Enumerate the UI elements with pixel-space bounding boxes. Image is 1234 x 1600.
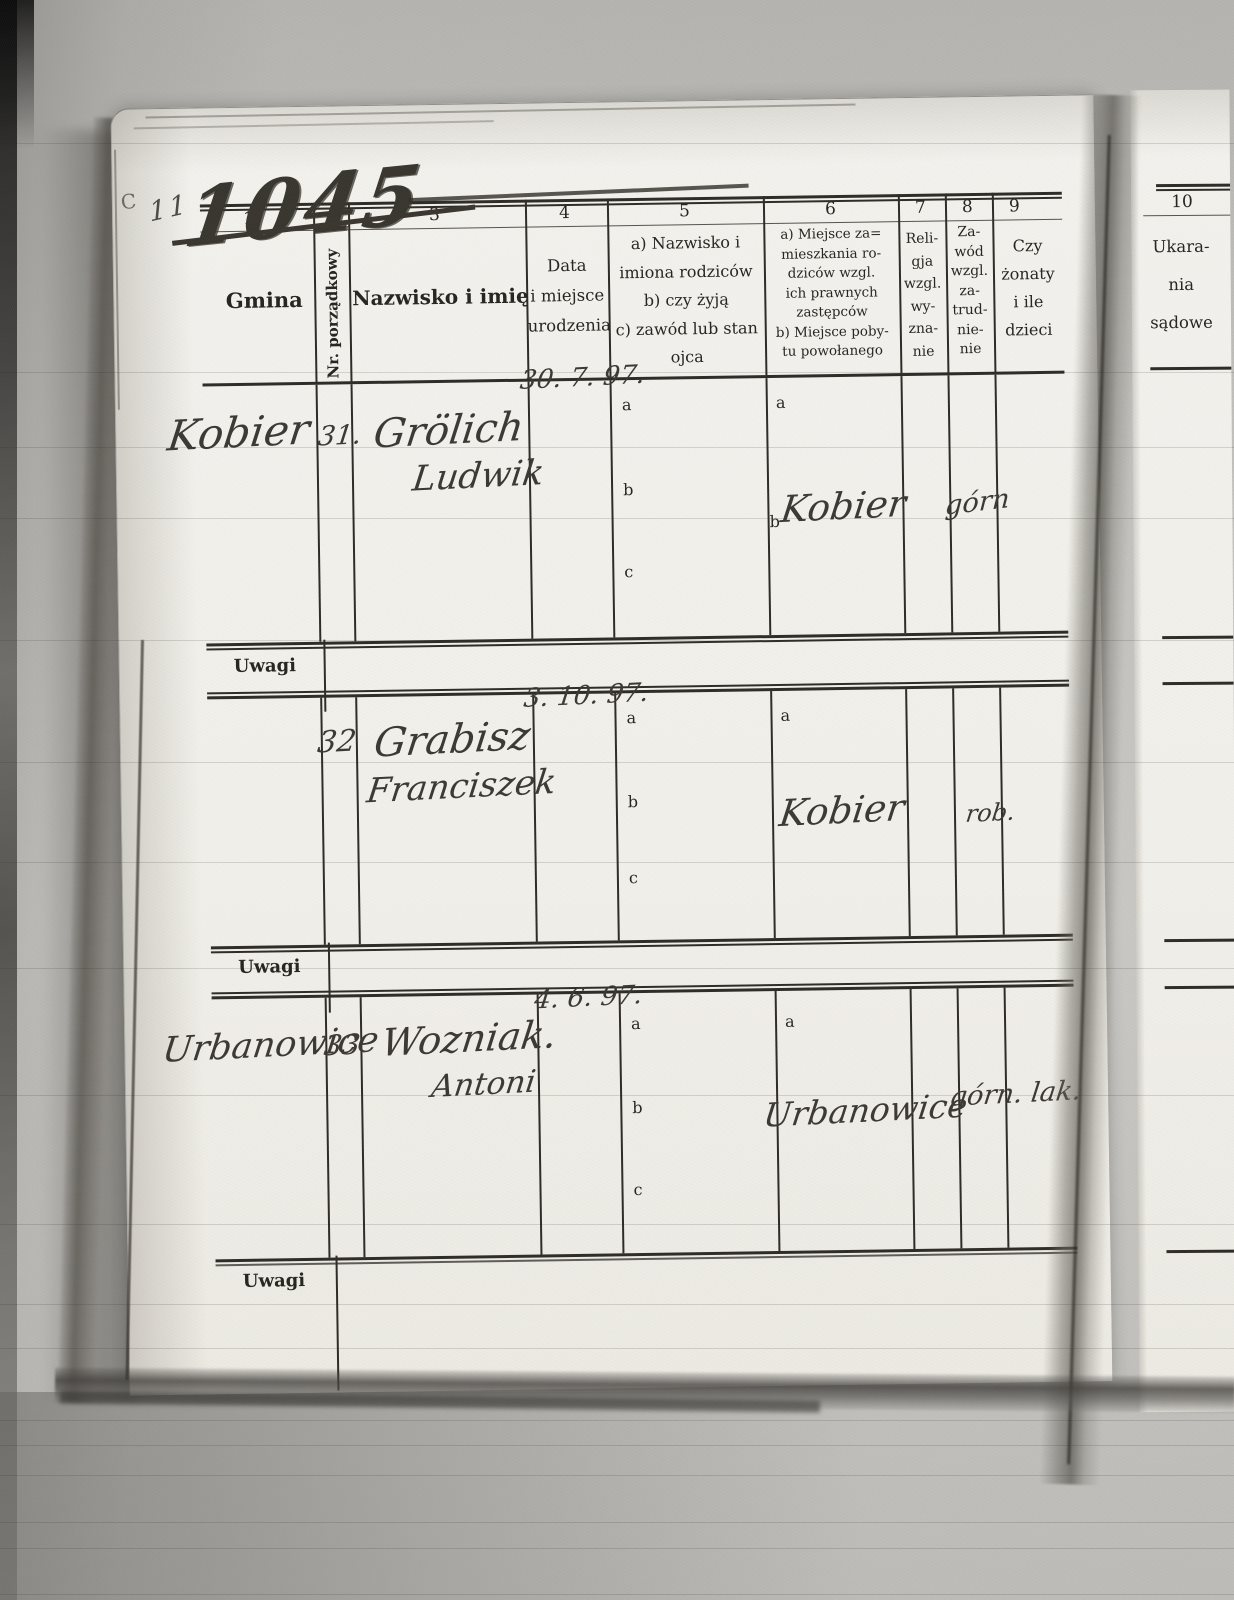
- marker-a: a: [626, 708, 636, 727]
- header-line: i ile: [993, 288, 1063, 317]
- uwagi-divider: [328, 943, 331, 1013]
- header-line: tu powołanego: [765, 341, 900, 363]
- column-line: [905, 689, 911, 936]
- entry-residence: Kobier: [778, 482, 908, 531]
- header-col5: a) Nazwisko i imiona rodziców b) czy żyj…: [607, 228, 765, 373]
- sheet-edge-line: [146, 104, 856, 119]
- header-number-rule: [1143, 215, 1230, 217]
- entry-birthdate: 4. 6. 97.: [533, 980, 645, 1015]
- header-top-rule-2: [1156, 189, 1230, 191]
- uwagi-label: Uwagi: [234, 655, 297, 677]
- col-number-8: 8: [962, 197, 973, 217]
- entry-firstname: Ludwik: [410, 453, 546, 500]
- header-line: i miejsce: [527, 280, 607, 311]
- header-line: a) Miejsce za=: [763, 224, 898, 246]
- left-dark-strip: [0, 0, 17, 1600]
- header-col7: Reli- gja wzgl. wy- zna- nie: [898, 227, 947, 363]
- entry-surname: Grölich: [371, 404, 526, 457]
- header-nazwisko: Nazwisko i imię: [352, 284, 524, 311]
- marker-c: c: [624, 562, 633, 581]
- uwagi-rule: [1163, 682, 1234, 685]
- column-line: [610, 380, 616, 637]
- header-line: nia: [1132, 266, 1231, 305]
- header-line: nie: [947, 340, 994, 360]
- header-top-rule: [1156, 184, 1230, 188]
- header-bottom-rule: [1150, 367, 1231, 371]
- header-line: mieszkania ro-: [764, 244, 899, 266]
- header-line: trud-: [946, 301, 993, 321]
- column-line: [770, 691, 776, 938]
- marker-b: b: [628, 792, 639, 811]
- marker-a: a: [776, 393, 786, 412]
- header-line: zna-: [900, 317, 947, 340]
- col-number-5: 5: [679, 201, 690, 221]
- page-left-crease: [114, 150, 120, 410]
- header-col10: Ukara- nia sądowe: [1131, 228, 1231, 343]
- entry-residence: Kobier: [777, 786, 907, 835]
- header-line: sądowe: [1132, 304, 1231, 343]
- uwagi-label: Uwagi: [238, 956, 301, 978]
- entry-residence: Urbanowice: [761, 1086, 969, 1135]
- header-nr-porzadkowy: Nr. porządkowy: [316, 236, 348, 378]
- header-line: Czy: [992, 232, 1062, 261]
- entry-birthdate: 30. 7. 97.: [518, 360, 646, 396]
- register-page-left: 1 3 4 5 6 7 8 9 Gmina Nr. porządkowy Naz…: [110, 94, 1112, 1395]
- header-line: żonaty: [993, 260, 1063, 289]
- col-number-6: 6: [825, 199, 836, 219]
- header-line: imiona rodziców: [608, 257, 764, 288]
- marker-a: a: [631, 1014, 641, 1033]
- header-line: wód: [946, 242, 993, 262]
- header-line: b) czy żyją: [608, 285, 764, 316]
- header-line: nie: [900, 340, 947, 363]
- col-number-10: 10: [1171, 192, 1193, 212]
- sheet-edge-line: [134, 120, 494, 129]
- header-line: b) Miejsce poby-: [765, 322, 900, 344]
- column-line: [614, 693, 620, 940]
- entry-birthdate: 3. 10. 97.: [522, 678, 650, 714]
- uwagi-divider: [323, 640, 326, 712]
- entry-nr: 32: [316, 724, 359, 761]
- entry-surname: Grabisz: [372, 713, 534, 767]
- header-col9: Czy żonaty i ile dzieci: [992, 232, 1064, 345]
- register-page-right: 10 Ukara- nia sądowe: [1130, 90, 1234, 1413]
- marker-b: b: [632, 1098, 643, 1117]
- uwagi-rule: [1165, 986, 1234, 989]
- entry-surname: Wozniak.: [379, 1012, 559, 1065]
- header-line: Ukara-: [1131, 228, 1230, 267]
- column-line: [952, 688, 958, 935]
- header-line: gja: [899, 250, 946, 273]
- entry-nr: 33: [322, 1028, 362, 1063]
- pencil-letter-mark: C: [119, 189, 137, 215]
- marker-c: c: [629, 868, 638, 887]
- header-line: c) zawód lub stan: [609, 314, 765, 345]
- header-line: dzieci: [994, 316, 1064, 345]
- entry-occupation: górn: [944, 483, 1010, 521]
- header-line: Data: [527, 250, 607, 281]
- header-line: nie-: [947, 320, 994, 340]
- column-line: [765, 378, 771, 635]
- header-col6: a) Miejsce za= mieszkania ro- dziców wzg…: [763, 224, 900, 362]
- header-line: Za-: [945, 223, 992, 243]
- top-left-corner-shadow: [0, 0, 34, 150]
- entry-firstname: Antoni: [429, 1064, 537, 1105]
- uwagi-rule: [1164, 939, 1234, 942]
- header-line: urodzenia: [527, 310, 607, 341]
- header-line: wzgl.: [899, 272, 946, 295]
- gutter-crease-line: [1067, 135, 1111, 1464]
- column-line: [619, 993, 625, 1253]
- entry-firstname: Franciszek: [365, 762, 559, 811]
- marker-c: c: [633, 1180, 642, 1199]
- header-line: ich prawnych: [764, 283, 899, 305]
- column-line: [528, 382, 534, 639]
- column-line: [532, 695, 538, 942]
- entry-gmina: Kobier: [165, 404, 313, 460]
- entry-occupation: rob.: [964, 798, 1017, 828]
- header-line: wzgl.: [946, 262, 993, 282]
- marker-b: b: [623, 480, 634, 499]
- uwagi-rule: [1162, 636, 1233, 639]
- header-line: wy-: [899, 295, 946, 318]
- col-number-4: 4: [559, 203, 570, 223]
- header-line: dziców wzgl.: [764, 263, 899, 285]
- header-line: za-: [946, 281, 993, 301]
- marker-a: a: [785, 1012, 795, 1031]
- column-line: [1004, 988, 1010, 1248]
- header-line: Reli-: [898, 227, 945, 250]
- uwagi-label: Uwagi: [243, 1270, 306, 1292]
- scanned-register-page: 1 3 4 5 6 7 8 9 Gmina Nr. porządkowy Naz…: [0, 0, 1234, 1600]
- entry-nr: 31.: [316, 419, 363, 452]
- marker-a: a: [780, 706, 790, 725]
- header-data: Data i miejsce urodzenia: [527, 250, 608, 341]
- uwagi-rule: [1166, 1250, 1234, 1253]
- header-col8: Za- wód wzgl. za- trud- nie- nie: [945, 223, 994, 360]
- col-number-9: 9: [1009, 196, 1020, 216]
- col-number-7: 7: [915, 198, 926, 218]
- folio-number-handwritten: 1045: [179, 146, 430, 266]
- header-line: a) Nazwisko i: [607, 228, 763, 259]
- header-gmina: Gmina: [214, 287, 314, 313]
- marker-a: a: [622, 395, 632, 414]
- header-line: zastępców: [764, 302, 899, 324]
